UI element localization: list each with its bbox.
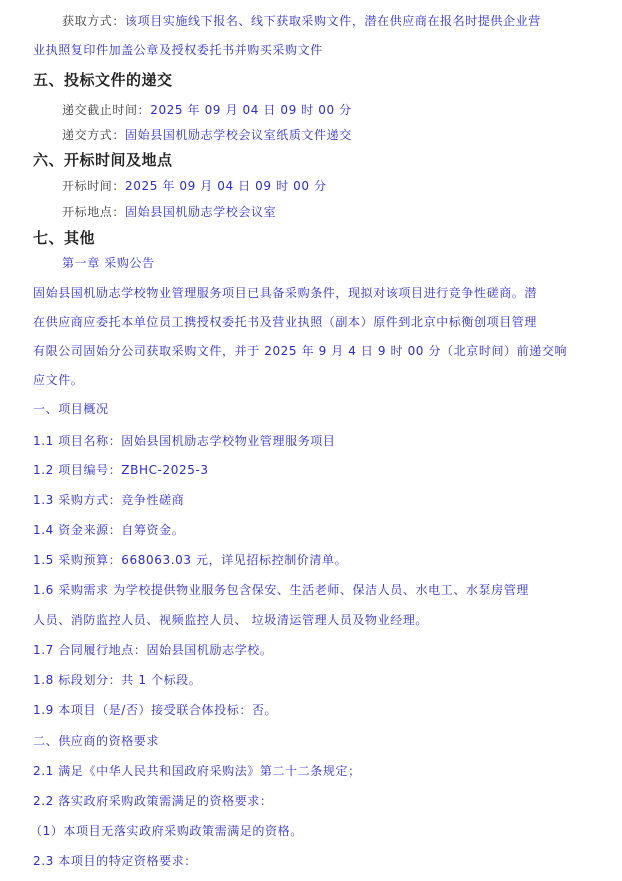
opening-place-line: 开标地点：固始县国机励志学校会议室 bbox=[62, 204, 276, 220]
submission-method-label: 递交方式： bbox=[62, 128, 125, 142]
opening-time-label: 开标时间： bbox=[62, 179, 125, 193]
intro-line: 固始县国机励志学校物业管理服务项目已具备采购条件，现拟对该项目进行竞争性磋商。潜 bbox=[33, 285, 537, 301]
qualification-item: 2.3 本项目的特定资格要求： bbox=[33, 853, 197, 869]
overview-heading: 一、项目概况 bbox=[33, 401, 109, 417]
overview-item: 1.4 资金来源：自筹资金。 bbox=[33, 522, 184, 538]
section-7-heading: 七、其他 bbox=[33, 228, 95, 248]
submission-deadline-line: 递交截止时间：2025 年 09 月 04 日 09 时 00 分 bbox=[62, 102, 352, 118]
obtain-method-line: 获取方式：该项目实施线下报名、线下获取采购文件，潜在供应商在报名时提供企业营 bbox=[62, 13, 541, 29]
submission-deadline-value: 2025 年 09 月 04 日 09 时 00 分 bbox=[150, 103, 352, 117]
overview-item: 1.6 采购需求 为学校提供物业服务包含保安、生活老师、保洁人员、水电工、水泵房… bbox=[33, 582, 529, 598]
qualification-item: 2.2 落实政府采购政策需满足的资格要求： bbox=[33, 793, 273, 809]
submission-method-value: 固始县国机励志学校会议室纸质文件递交 bbox=[125, 128, 352, 142]
intro-line: 应文件。 bbox=[33, 372, 83, 388]
intro-line: 在供应商应委托本单位员工携授权委托书及营业执照（副本）原件到北京中标衡创项目管理 bbox=[33, 314, 537, 330]
opening-place-value: 固始县国机励志学校会议室 bbox=[125, 205, 276, 219]
overview-item: 1.9 本项目（是/否）接受联合体投标：否。 bbox=[33, 702, 277, 718]
overview-item: 1.2 项目编号：ZBHC-2025-3 bbox=[33, 462, 209, 478]
overview-item: 人员、消防监控人员、视频监控人员、 垃圾清运管理人员及物业经理。 bbox=[33, 612, 428, 628]
overview-item: 1.3 采购方式：竞争性磋商 bbox=[33, 492, 184, 508]
overview-item: 1.1 项目名称：固始县国机励志学校物业管理服务项目 bbox=[33, 433, 336, 449]
section-6-heading: 六、开标时间及地点 bbox=[33, 150, 173, 170]
submission-method-line: 递交方式：固始县国机励志学校会议室纸质文件递交 bbox=[62, 127, 352, 143]
intro-line: 有限公司固始分公司获取采购文件，并于 2025 年 9 月 4 日 9 时 00… bbox=[33, 343, 567, 359]
opening-place-label: 开标地点： bbox=[62, 205, 125, 219]
submission-deadline-label: 递交截止时间： bbox=[62, 103, 150, 117]
qualification-item: 2.1 满足《中华人民共和国政府采购法》第二十二条规定； bbox=[33, 763, 361, 779]
opening-time-line: 开标时间：2025 年 09 月 04 日 09 时 00 分 bbox=[62, 178, 327, 194]
overview-item: 1.7 合同履行地点：固始县国机励志学校。 bbox=[33, 642, 273, 658]
obtain-method-label: 获取方式： bbox=[62, 14, 125, 28]
section-5-heading: 五、投标文件的递交 bbox=[33, 70, 173, 90]
qualification-heading: 二、供应商的资格要求 bbox=[33, 733, 159, 749]
obtain-method-value-2: 业执照复印件加盖公章及授权委托书并购买采购文件 bbox=[33, 42, 323, 58]
overview-item: 1.5 采购预算：668063.03 元，详见招标控制价清单。 bbox=[33, 552, 347, 568]
qualification-item: （1）本项目无落实政府采购政策需满足的资格。 bbox=[30, 823, 303, 839]
chapter-title: 第一章 采购公告 bbox=[62, 255, 155, 271]
opening-time-value: 2025 年 09 月 04 日 09 时 00 分 bbox=[125, 179, 327, 193]
obtain-method-value-1: 该项目实施线下报名、线下获取采购文件，潜在供应商在报名时提供企业营 bbox=[125, 14, 541, 28]
overview-item: 1.8 标段划分：共 1 个标段。 bbox=[33, 672, 201, 688]
